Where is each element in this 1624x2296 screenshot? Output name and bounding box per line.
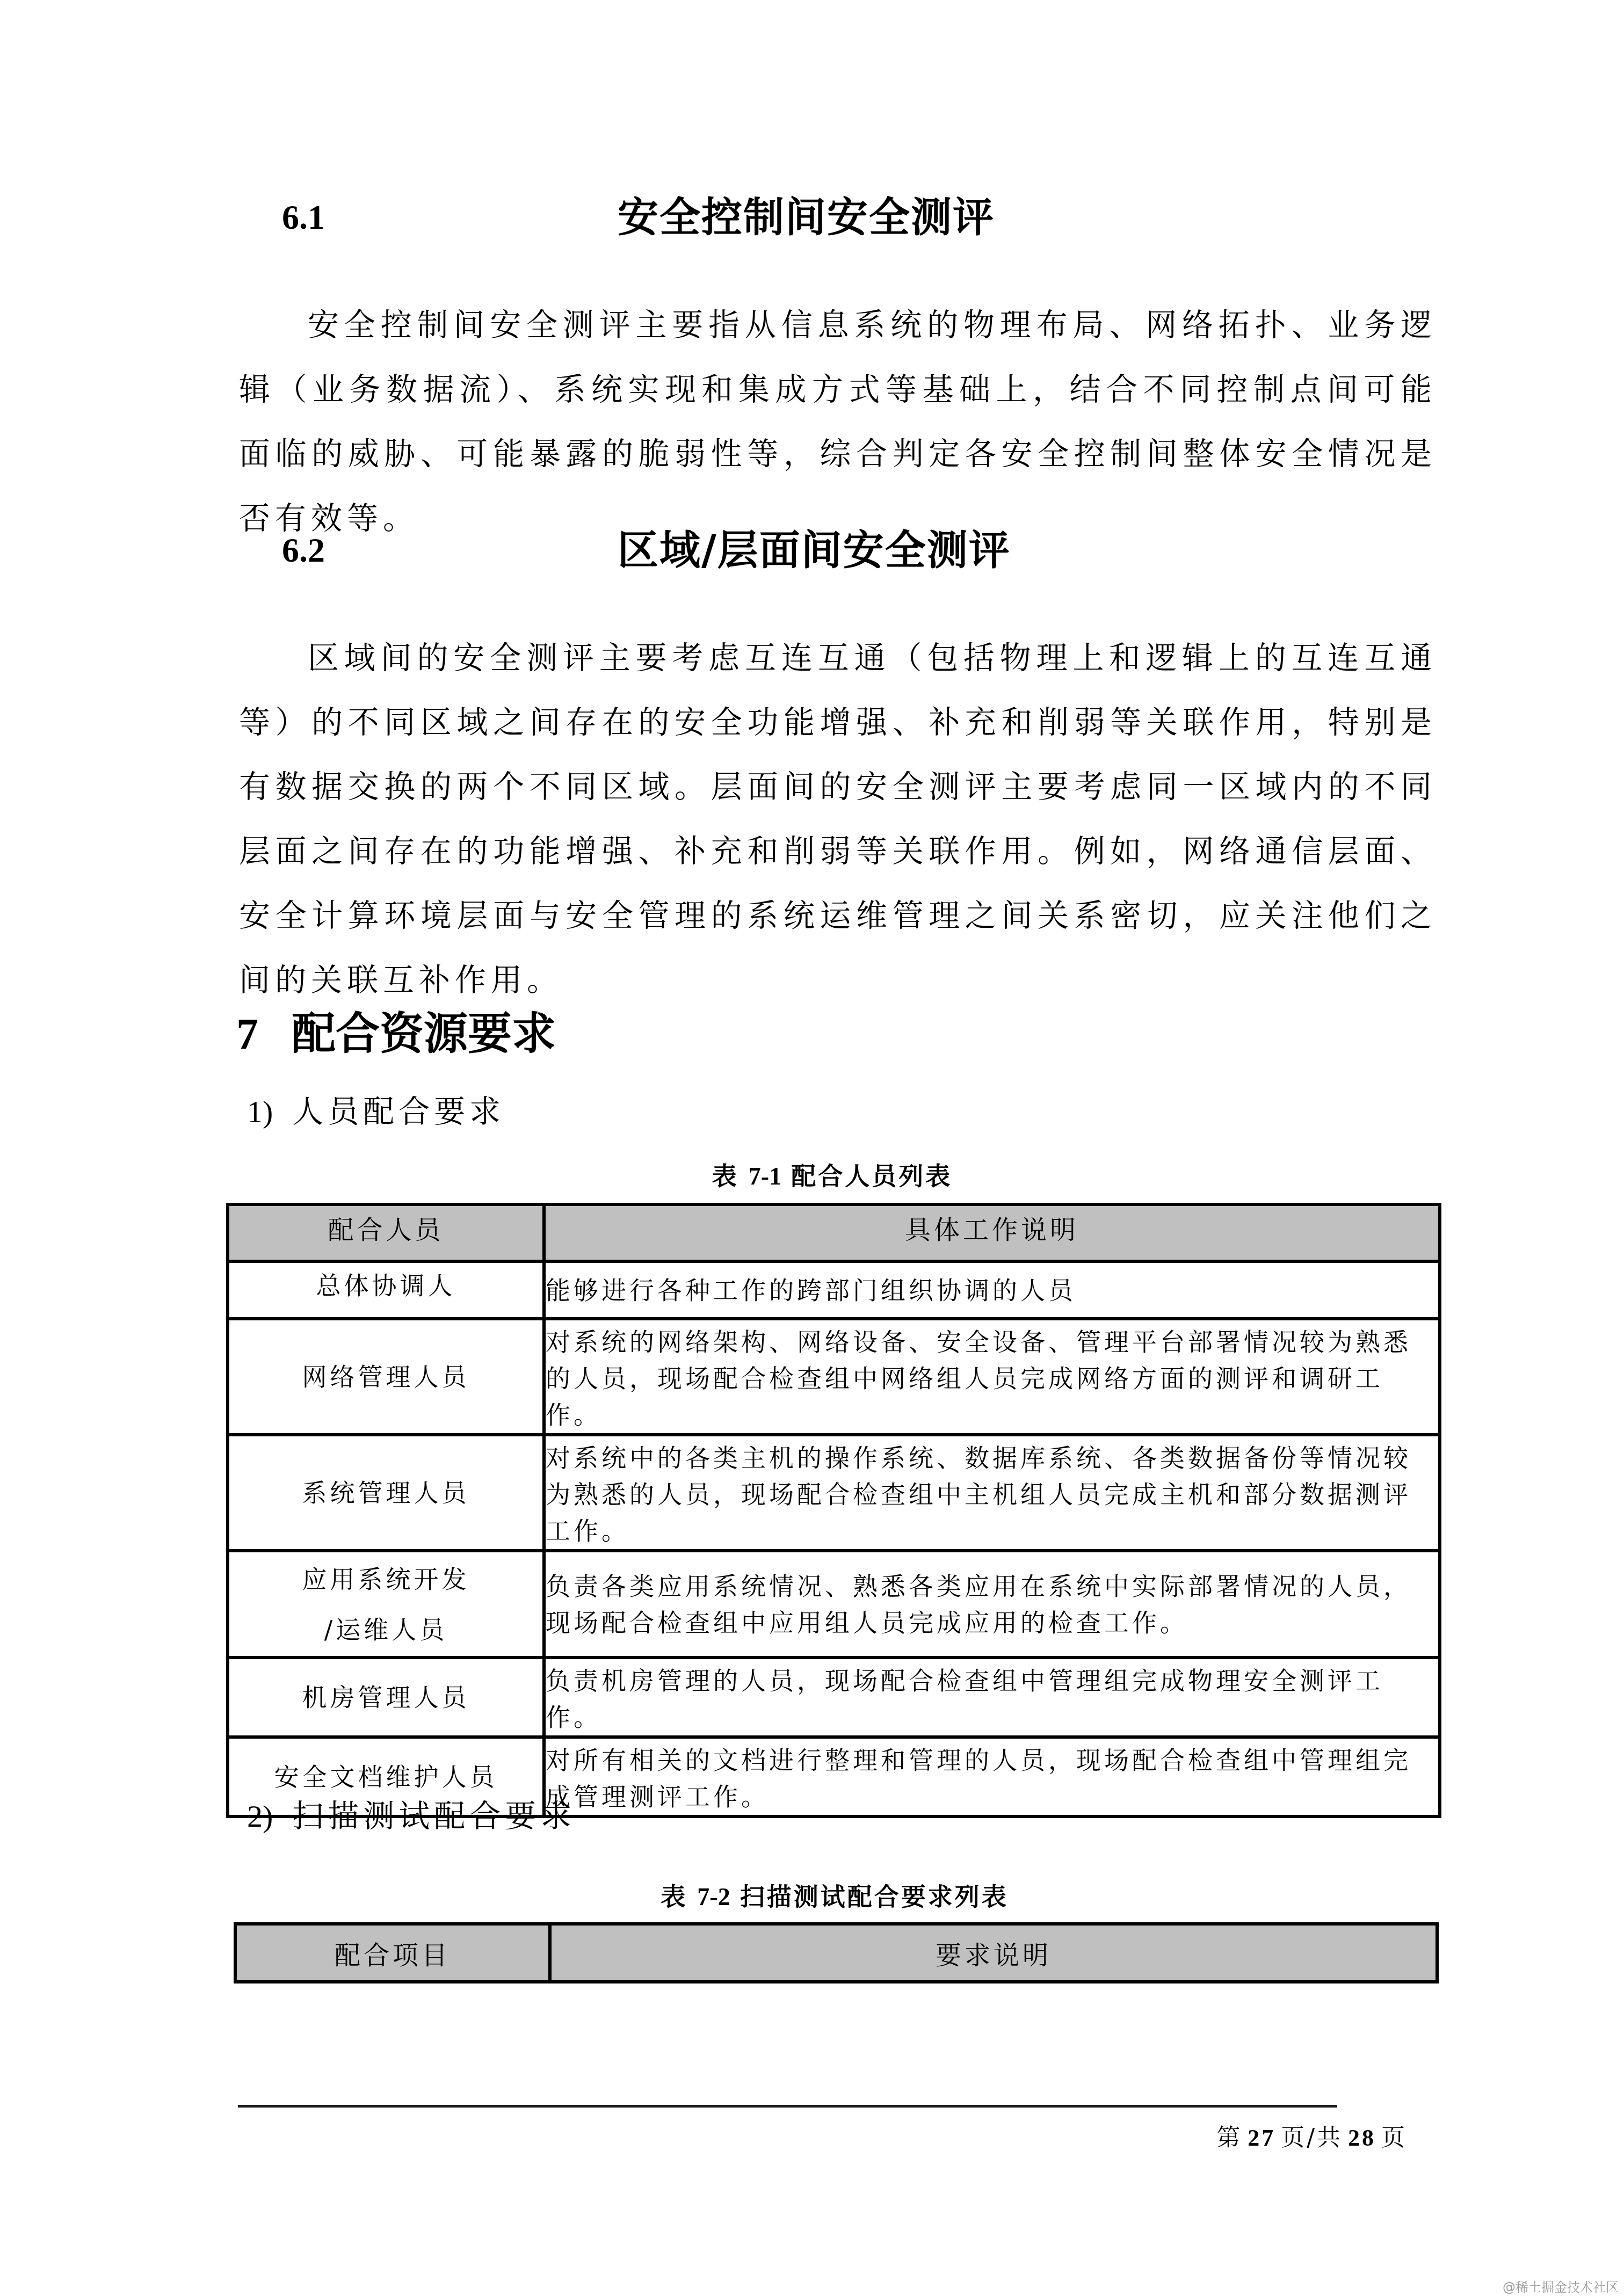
role-line-2: /运维人员	[229, 1604, 542, 1655]
section-body-6-1: 安全控制间安全测评主要指从信息系统的物理布局、网络拓扑、业务逻辑（业务数据流）、…	[239, 293, 1437, 550]
list-item-label: 扫描测试配合要求	[292, 1798, 576, 1834]
header-cell-requirement: 要求说明	[550, 1924, 1437, 1982]
table-row: 系统管理人员 对系统中的各类主机的操作系统、数据库系统、各类数据备份等情况较为熟…	[228, 1435, 1440, 1551]
role-line-1: 应用系统开发	[229, 1554, 542, 1604]
page-prefix: 第	[1216, 2124, 1242, 2152]
table-row: 机房管理人员 负责机房管理的人员，现场配合检查组中管理组完成物理安全测评工作。	[228, 1658, 1440, 1737]
watermark: @稀土掘金技术社区	[1503, 2277, 1619, 2295]
caption-prefix: 表	[661, 1882, 687, 1911]
list-item-label: 人员配合要求	[292, 1093, 505, 1130]
role-cell: 应用系统开发 /运维人员	[228, 1551, 544, 1658]
page-suffix: 页	[1381, 2124, 1407, 2152]
list-item-personnel: 1)人员配合要求	[247, 1090, 505, 1134]
caption-number: 7-2	[697, 1883, 730, 1910]
caption-prefix: 表	[712, 1161, 739, 1190]
chapter-heading-7: 7配合资源要求	[236, 1007, 556, 1061]
list-item-scan-test: 2)扫描测试配合要求	[247, 1794, 576, 1838]
footer-divider	[238, 2105, 1337, 2108]
section-title-6-1: 安全控制间安全测评	[618, 193, 995, 242]
table-header-row: 配合人员 具体工作说明	[228, 1204, 1440, 1261]
table-caption-7-2: 表7-2扫描测试配合要求列表	[234, 1880, 1436, 1913]
list-item-number: 2)	[247, 1799, 273, 1834]
section-title-6-2: 区域/层面间安全测评	[618, 526, 1011, 575]
table-header-row: 配合项目 要求说明	[235, 1924, 1437, 1982]
header-cell-description: 具体工作说明	[544, 1204, 1440, 1261]
total-pages: 28	[1348, 2125, 1376, 2151]
description-cell: 对系统的网络架构、网络设备、安全设备、管理平台部署情况较为熟悉的人员，现场配合检…	[544, 1319, 1440, 1435]
caption-title: 配合人员列表	[791, 1161, 952, 1190]
chapter-number: 7	[236, 1009, 258, 1058]
caption-number: 7-1	[749, 1162, 781, 1190]
header-cell-item: 配合项目	[235, 1924, 550, 1982]
section-number-6-1: 6.1	[282, 196, 325, 239]
description-cell: 对所有相关的文档进行整理和管理的人员，现场配合检查组中管理组完成管理测评工作。	[544, 1737, 1440, 1817]
role-cell: 系统管理人员	[228, 1435, 544, 1551]
role-cell: 网络管理人员	[228, 1319, 544, 1435]
list-item-number: 1)	[247, 1094, 273, 1129]
page-middle: 页/共	[1281, 2124, 1343, 2152]
section-number-6-2: 6.2	[282, 529, 325, 572]
current-page: 27	[1248, 2125, 1275, 2151]
table-caption-7-1: 表7-1配合人员列表	[226, 1160, 1438, 1193]
personnel-table: 配合人员 具体工作说明 总体协调人 能够进行各种工作的跨部门组织协调的人员 网络…	[226, 1203, 1441, 1818]
table-row: 总体协调人 能够进行各种工作的跨部门组织协调的人员	[228, 1261, 1440, 1319]
caption-title: 扫描测试配合要求列表	[740, 1882, 1009, 1911]
description-cell: 负责各类应用系统情况、熟悉各类应用在系统中实际部署情况的人员，现场配合检查组中应…	[544, 1551, 1440, 1658]
page-number: 第27页/共28页	[1216, 2122, 1407, 2154]
description-cell: 能够进行各种工作的跨部门组织协调的人员	[544, 1261, 1440, 1319]
role-cell: 机房管理人员	[228, 1658, 544, 1737]
table-row: 应用系统开发 /运维人员 负责各类应用系统情况、熟悉各类应用在系统中实际部署情况…	[228, 1551, 1440, 1658]
description-cell: 负责机房管理的人员，现场配合检查组中管理组完成物理安全测评工作。	[544, 1658, 1440, 1737]
section-body-6-2: 区域间的安全测评主要考虑互连互通（包括物理上和逻辑上的互连互通等）的不同区域之间…	[239, 626, 1437, 1012]
role-cell: 总体协调人	[228, 1261, 544, 1319]
table-row: 网络管理人员 对系统的网络架构、网络设备、安全设备、管理平台部署情况较为熟悉的人…	[228, 1319, 1440, 1435]
header-cell-role: 配合人员	[228, 1204, 544, 1261]
scan-test-table: 配合项目 要求说明	[234, 1922, 1439, 1983]
chapter-title: 配合资源要求	[292, 1008, 556, 1059]
description-cell: 对系统中的各类主机的操作系统、数据库系统、各类数据备份等情况较为熟悉的人员，现场…	[544, 1435, 1440, 1551]
